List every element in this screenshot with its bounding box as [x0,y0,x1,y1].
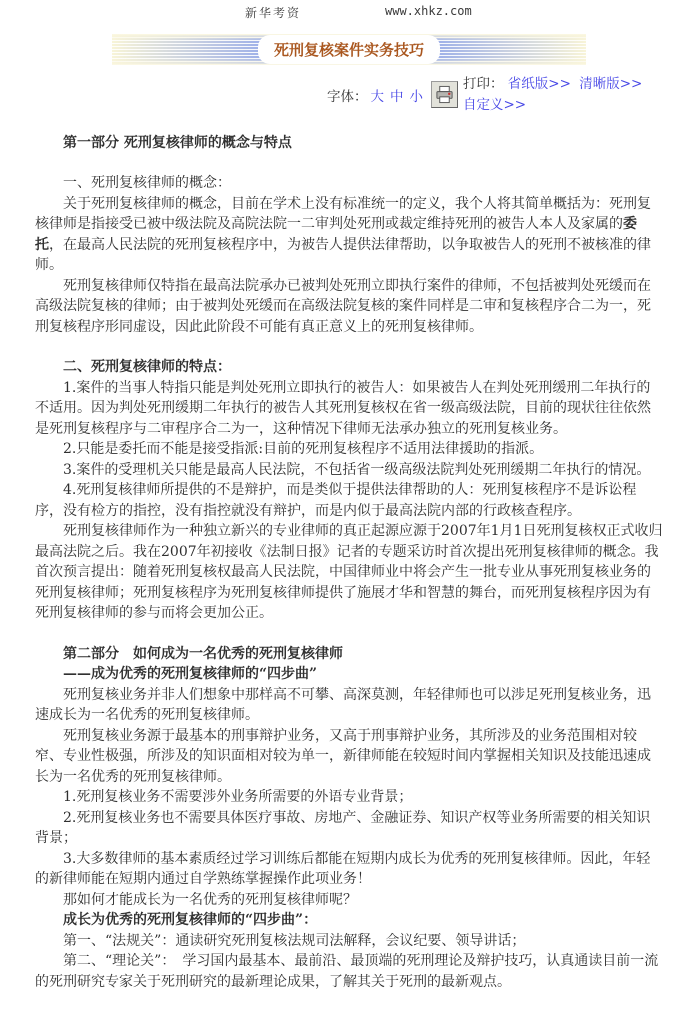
feature-item-3: 3.案件的受理机关只能是最高人民法院，不包括省一级高级法院判处死刑缓期二年执行的… [35,460,663,481]
font-size-medium-button[interactable]: 中 [390,85,404,105]
blank-line [35,624,663,644]
concept-text-after: ，在最高人民法院的死刑复核程序中，为被告人提供法律帮助，以争取被告人的死刑不被核… [35,237,651,274]
reason-item-2: 2.死刑复核业务也不需要具体医疗事故、房地产、金融证券、知识产权等业务所需要的相… [35,808,663,849]
reason-item-3: 3.大多数律师的基本素质经过学习训练后都能在短期内成长为优秀的死刑复核律师。因此… [35,849,663,890]
printer-icon-glyph [435,85,454,104]
font-print-toolbar: 字体： 大 中 小 打印： 省纸版>> 清晰版>> 自定义>> [0,74,663,116]
font-size-small-button[interactable]: 小 [410,85,424,105]
part2-heading: 第二部分 如何成为一名优秀的死刑复核律师 [35,644,663,665]
print-label: 打印： [463,76,504,92]
paragraph-basis: 死刑复核业务源于最基本的刑事辩护业务，又高于刑事辩护业务，其所涉及的业务范围相对… [35,726,663,788]
paragraph-question: 那如何才能成长为一名优秀的死刑复核律师呢？ [35,890,663,911]
section2-title: 二、死刑复核律师的特点： [35,357,663,378]
font-size-large-button[interactable]: 大 [371,85,385,105]
section1-title: 一、死刑复核律师的概念： [35,173,663,194]
feature-item-4: 4.死刑复核律师所提供的不是辩护，而是类似于提供法律帮助的人：死刑复核程序不是诉… [35,480,663,521]
step-item-2: 第二、“理论关”： 学习国内最基本、最前沿、最顶端的死刑理论及辩护技巧，认真通读… [35,951,663,992]
print-paper-saving-link[interactable]: 省纸版>> [508,76,571,92]
feature-item-1: 1.案件的当事人特指只能是判处死刑立即执行的被告人：如果被告人在判处死刑缓刑二年… [35,378,663,440]
print-custom-link[interactable]: 自定义>> [463,97,526,113]
print-clear-version-link[interactable]: 清晰版>> [579,76,642,92]
feature-item-2: 2.只能是委托而不能是接受指派:目前的死刑复核程序不适用法律援助的指派。 [35,439,663,460]
concept-text-before: 关于死刑复核律师的概念，目前在学术上没有标准统一的定义，我个人将其简单概括为：死… [35,196,651,233]
reason-item-1: 1.死刑复核业务不需要涉外业务所需要的外语专业背景； [35,787,663,808]
blank-line [35,153,663,173]
paragraph-concept: 关于死刑复核律师的概念，目前在学术上没有标准统一的定义，我个人将其简单概括为：死… [35,194,663,276]
page-title: 死刑复核案件实务技巧 [258,35,440,64]
blank-line [35,337,663,357]
paragraph-entry: 死刑复核业务并非人们想象中那样高不可攀、高深莫测，年轻律师也可以涉足死刑复核业务… [35,685,663,726]
steps-title: 成长为优秀的死刑复核律师的“四步曲”： [35,910,663,931]
page-title-text: 死刑复核案件实务技巧 [274,41,424,59]
paragraph-origin: 死刑复核律师作为一种独立新兴的专业律师的真正起源应源于2007年1月1日死刑复核… [35,521,663,624]
site-header: 新华考资 www.xhkz.com [0,0,698,22]
part2-subheading: ——成为优秀的死刑复核律师的“四步曲” [35,664,663,685]
print-options-group: 打印： 省纸版>> 清晰版>> 自定义>> [463,74,663,116]
step-item-1: 第一、“法规关”：通读研究死刑复核法规司法解释，会议纪要、领导讲话； [35,931,663,952]
font-label: 字体： [327,85,368,105]
printer-icon[interactable] [431,81,458,108]
site-name: 新华考资 [245,4,301,21]
site-url-link[interactable]: www.xhkz.com [385,4,472,18]
title-banner: 死刑复核案件实务技巧 [112,34,586,65]
article-body: 第一部分 死刑复核律师的概念与特点 一、死刑复核律师的概念： 关于死刑复核律师的… [35,133,663,993]
paragraph-scope: 死刑复核律师仅特指在最高法院承办已被判处死刑立即执行案件的律师，不包括被判处死缓… [35,276,663,338]
part1-heading: 第一部分 死刑复核律师的概念与特点 [35,133,663,154]
